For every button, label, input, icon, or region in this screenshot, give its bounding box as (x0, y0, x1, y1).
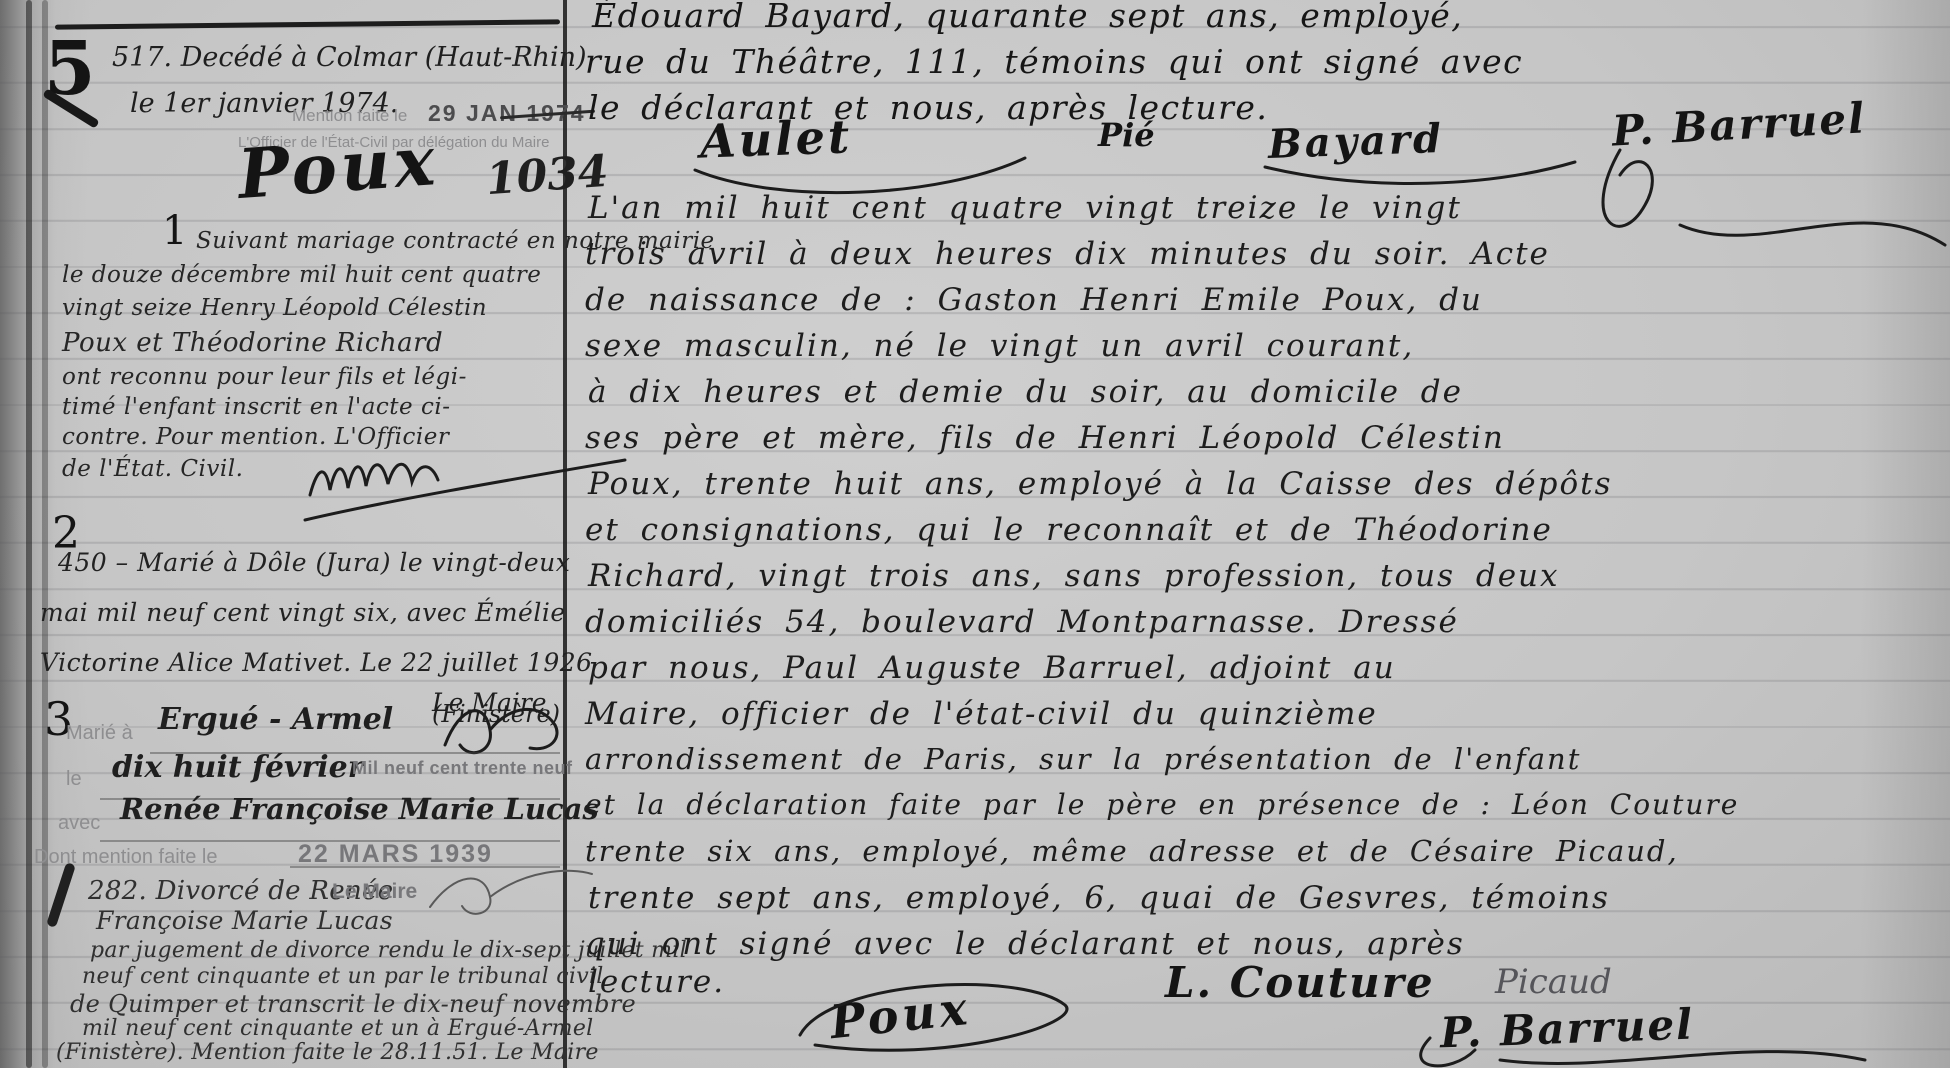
form-label-marie-a: Marié à (66, 722, 133, 745)
form-underline (290, 866, 560, 868)
binding-edge (26, 0, 32, 1068)
legitimation-line: Poux et Théodorine Richard (62, 328, 443, 358)
divorce-line: neuf cent cinquante et un par le tribuna… (82, 964, 604, 989)
legitimation-line: vingt seize Henry Léopold Célestin (62, 295, 487, 321)
birth-act-line: Maire, officier de l'état-civil du quinz… (585, 696, 1378, 732)
birth-act-line: qui ont signé avec le déclarant et nous,… (585, 926, 1465, 962)
legitimation-line: de l'État. Civil. (62, 456, 243, 482)
marriage1939-place-suffix: (Finistère) (432, 700, 560, 728)
divorce-line: Françoise Marie Lucas (96, 906, 393, 935)
officer-signature-squiggle (300, 440, 630, 530)
surname-header-signature: Poux (235, 121, 441, 215)
marriage1926-line: 450 – Marié à Dôle (Jura) le vingt-deux (58, 548, 570, 577)
mention-stamp-text: Mention faite le (292, 106, 407, 126)
signature-poux-declarant: Poux (828, 981, 974, 1049)
divorce-line: mil neuf cent cinquante et un à Ergué-Ar… (82, 1016, 593, 1041)
birth-act-line: sexe masculin, né le vingt un avril cour… (585, 328, 1414, 364)
legitimation-line: contre. Pour mention. L'Officier (62, 424, 449, 450)
death-note-line: 517. Decédé à Colmar (Haut-Rhin) (112, 42, 587, 73)
birth-act-line: ses père et mère, fils de Henri Léopold … (585, 420, 1505, 456)
form-label-avec: avec (58, 812, 100, 835)
birth-act-line: par nous, Paul Auguste Barruel, adjoint … (588, 650, 1396, 686)
previous-act-line: le déclarant et nous, après lecture. (588, 88, 1268, 127)
date-stamp-22-mars-1939: 22 MARS 1939 (298, 840, 493, 869)
legitimation-line: timé l'enfant inscrit en l'acte ci- (62, 394, 450, 420)
previous-act-line: Édouard Bayard, quarante sept ans, emplo… (592, 0, 1463, 35)
marriage1939-place: Ergué - Armel (158, 702, 393, 737)
signature-barruel-top: P. Barruel (1611, 93, 1867, 155)
birth-act-line: Richard, vingt trois ans, sans professio… (588, 558, 1560, 594)
signature-barruel-bottom: P. Barruel (1439, 1000, 1695, 1058)
birth-act-line: à dix heures et demie du soir, au domici… (588, 374, 1463, 410)
birth-act-line: et consignations, qui le reconnaît et de… (585, 512, 1553, 548)
note1-index: 1 (162, 208, 187, 254)
birth-act-line: de naissance de : Gaston Henri Emile Pou… (585, 282, 1483, 318)
note4-slash-mark (46, 862, 76, 928)
legitimation-line: le douze décembre mil huit cent quatre (62, 262, 541, 288)
birth-act-line: et la déclaration faite par le père en p… (585, 788, 1739, 821)
marriage1939-spouse: Renée Françoise Marie Lucas (120, 792, 599, 826)
signature-bayard: Bayard (1267, 115, 1444, 168)
birth-act-line: domiciliés 54, boulevard Montparnasse. D… (585, 604, 1459, 640)
divorce-line: (Finistère). Mention faite le 28.11.51. … (56, 1040, 599, 1065)
divorce-line: de Quimper et transcrit le dix-neuf nove… (70, 990, 636, 1018)
signature-picaud: Picaud (1495, 962, 1612, 1002)
signature-pie: Pié (1098, 116, 1155, 154)
birth-act-line: Poux, trente huit ans, employé à la Cais… (588, 466, 1613, 502)
marriage1939-day: dix huit février (112, 750, 364, 785)
form-label-le: le (66, 768, 82, 791)
legitimation-line: ont reconnu pour leur fils et légi- (62, 364, 467, 390)
marriage1926-line: mai mil neuf cent vingt six, avec Émélie (40, 598, 566, 627)
birth-act-line: L'an mil huit cent quatre vingt treize l… (588, 190, 1462, 226)
divorce-signature-scribble (420, 862, 600, 922)
birth-act-line: trente sept ans, employé, 6, quai de Ges… (588, 880, 1610, 916)
binding-edge-2 (42, 0, 48, 1068)
mayor-stamp: Le Maire (332, 880, 417, 904)
signature-aulet: Aulet (699, 109, 853, 168)
signature-couture: L. Couture (1165, 958, 1435, 1007)
birth-act-line: trois avril à deux heures dix minutes du… (585, 236, 1550, 272)
hand-drawn-top-rule (55, 19, 560, 29)
birth-act-line: lecture. (588, 964, 725, 1000)
marriage1926-line: Victorine Alice Mativet. Le 22 juillet 1… (40, 648, 593, 677)
previous-act-line: rue du Théâtre, 111, témoins qui ont sig… (585, 42, 1523, 81)
register-page-scan: 5 517. Decédé à Colmar (Haut-Rhin) le 1e… (0, 0, 1950, 1068)
birth-act-line: arrondissement de Paris, sur la présenta… (585, 742, 1581, 776)
year-stamp-1939: Mil neuf cent trente neuf (352, 758, 573, 779)
form-label-mention: Dont mention faite le (34, 846, 217, 869)
birth-act-line: trente six ans, employé, même adresse et… (585, 834, 1679, 868)
